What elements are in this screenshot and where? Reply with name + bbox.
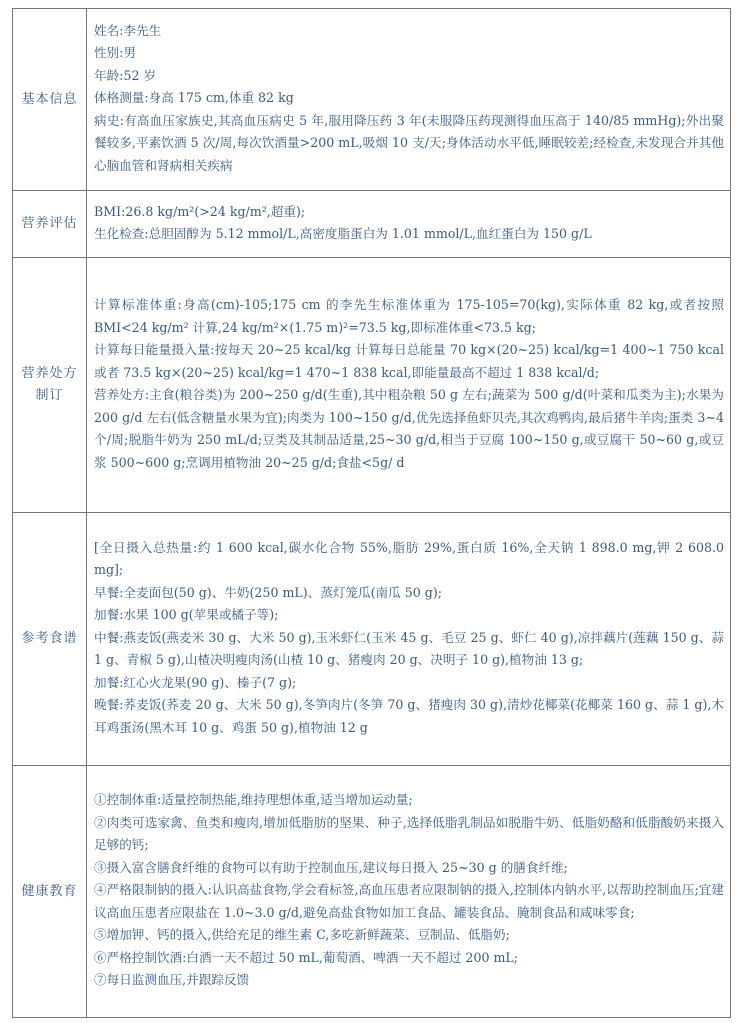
row-content-nutrition-prescription: 计算标准体重:身高(cm)-105;175 cm 的李先生标准体重为 175-1… — [87, 258, 731, 513]
medical-history-line: 病史:有高血压家族史,其高血压病史 5 年,服用降压药 3 年(未服降压药现测得… — [94, 110, 724, 178]
daily-energy-line: 计算每日能量摄入量:按每天 20~25 kcal/kg 计算每日总能量 70 k… — [94, 339, 724, 384]
nutrition-case-table: 基本信息 姓名:李先生 性别:男 年龄:52 岁 体格测量:身高 175 cm,… — [12, 8, 731, 1018]
measurement-line: 体格测量:身高 175 cm,体重 82 kg — [94, 87, 724, 110]
row-nutrition-prescription: 营养处方 制订 计算标准体重:身高(cm)-105;175 cm 的李先生标准体… — [13, 258, 731, 513]
age-line: 年龄:52 岁 — [94, 65, 724, 88]
label-line-1: 营养处方 — [13, 363, 86, 385]
row-content-nutrition-assessment: BMI:26.8 kg/m²(>24 kg/m²,超重); 生化检查:总胆固醇为… — [87, 191, 731, 258]
name-line: 姓名:李先生 — [94, 20, 724, 43]
row-nutrition-assessment: 营养评估 BMI:26.8 kg/m²(>24 kg/m²,超重); 生化检查:… — [13, 191, 731, 258]
row-label-nutrition-prescription: 营养处方 制订 — [13, 258, 87, 513]
dinner-line: 晚餐:荞麦饭(荞麦 20 g、大米 50 g),冬笋肉片(冬笋 70 g、猪瘦肉… — [94, 694, 724, 739]
row-reference-menu: 参考食谱 [全日摄入总热量:约 1 600 kcal,碳水化合物 55%,脂肪 … — [13, 513, 731, 766]
standard-weight-line: 计算标准体重:身高(cm)-105;175 cm 的李先生标准体重为 175-1… — [94, 294, 724, 339]
row-label-basic-info: 基本信息 — [13, 9, 87, 191]
label-line-2: 制订 — [13, 385, 86, 407]
prescription-line: 营养处方:主食(粮谷类)为 200~250 g/d(生重),其中粗杂粮 50 g… — [94, 384, 724, 474]
gender-line: 性别:男 — [94, 42, 724, 65]
education-item-2: ②肉类可选家禽、鱼类和瘦肉,增加低脂肪的坚果、种子,选择低脂乳制品如脱脂牛奶、低… — [94, 812, 724, 857]
education-item-6: ⑥严格控制饮酒:白酒一天不超过 50 mL,葡萄酒、啤酒一天不超过 200 mL… — [94, 947, 724, 970]
row-label-health-education: 健康教育 — [13, 766, 87, 1018]
education-item-5: ⑤增加钾、钙的摄入,供给充足的维生素 C,多吃新鲜蔬菜、豆制品、低脂奶; — [94, 924, 724, 947]
lunch-line: 中餐:燕麦饭(燕麦米 30 g、大米 50 g),玉米虾仁(玉米 45 g、毛豆… — [94, 627, 724, 672]
row-content-reference-menu: [全日摄入总热量:约 1 600 kcal,碳水化合物 55%,脂肪 29%,蛋… — [87, 513, 731, 766]
education-item-7: ⑦每日监测血压,并跟踪反馈 — [94, 969, 724, 992]
daily-total-line: [全日摄入总热量:约 1 600 kcal,碳水化合物 55%,脂肪 29%,蛋… — [94, 537, 724, 582]
breakfast-line: 早餐:全麦面包(50 g)、牛奶(250 mL)、蒸灯笼瓜(南瓜 50 g); — [94, 582, 724, 605]
snack-2-line: 加餐:红心火龙果(90 g)、榛子(7 g); — [94, 672, 724, 695]
row-label-reference-menu: 参考食谱 — [13, 513, 87, 766]
snack-1-line: 加餐:水果 100 g(苹果或橘子等); — [94, 604, 724, 627]
row-label-nutrition-assessment: 营养评估 — [13, 191, 87, 258]
education-item-4: ④严格限制钠的摄入:认识高盐食物,学会看标签,高血压患者应限制钠的摄入,控制体内… — [94, 879, 724, 924]
biochem-line: 生化检查:总胆固醇为 5.12 mmol/L,高密度脂蛋白为 1.01 mmol… — [94, 223, 724, 246]
education-item-1: ①控制体重:适量控制热能,维持理想体重,适当增加运动量; — [94, 789, 724, 812]
row-health-education: 健康教育 ①控制体重:适量控制热能,维持理想体重,适当增加运动量; ②肉类可选家… — [13, 766, 731, 1018]
bmi-line: BMI:26.8 kg/m²(>24 kg/m²,超重); — [94, 201, 724, 224]
row-basic-info: 基本信息 姓名:李先生 性别:男 年龄:52 岁 体格测量:身高 175 cm,… — [13, 9, 731, 191]
row-content-health-education: ①控制体重:适量控制热能,维持理想体重,适当增加运动量; ②肉类可选家禽、鱼类和… — [87, 766, 731, 1018]
education-item-3: ③摄入富含膳食纤维的食物可以有助于控制血压,建议每日摄入 25~30 g 的膳食… — [94, 857, 724, 880]
row-content-basic-info: 姓名:李先生 性别:男 年龄:52 岁 体格测量:身高 175 cm,体重 82… — [87, 9, 731, 191]
